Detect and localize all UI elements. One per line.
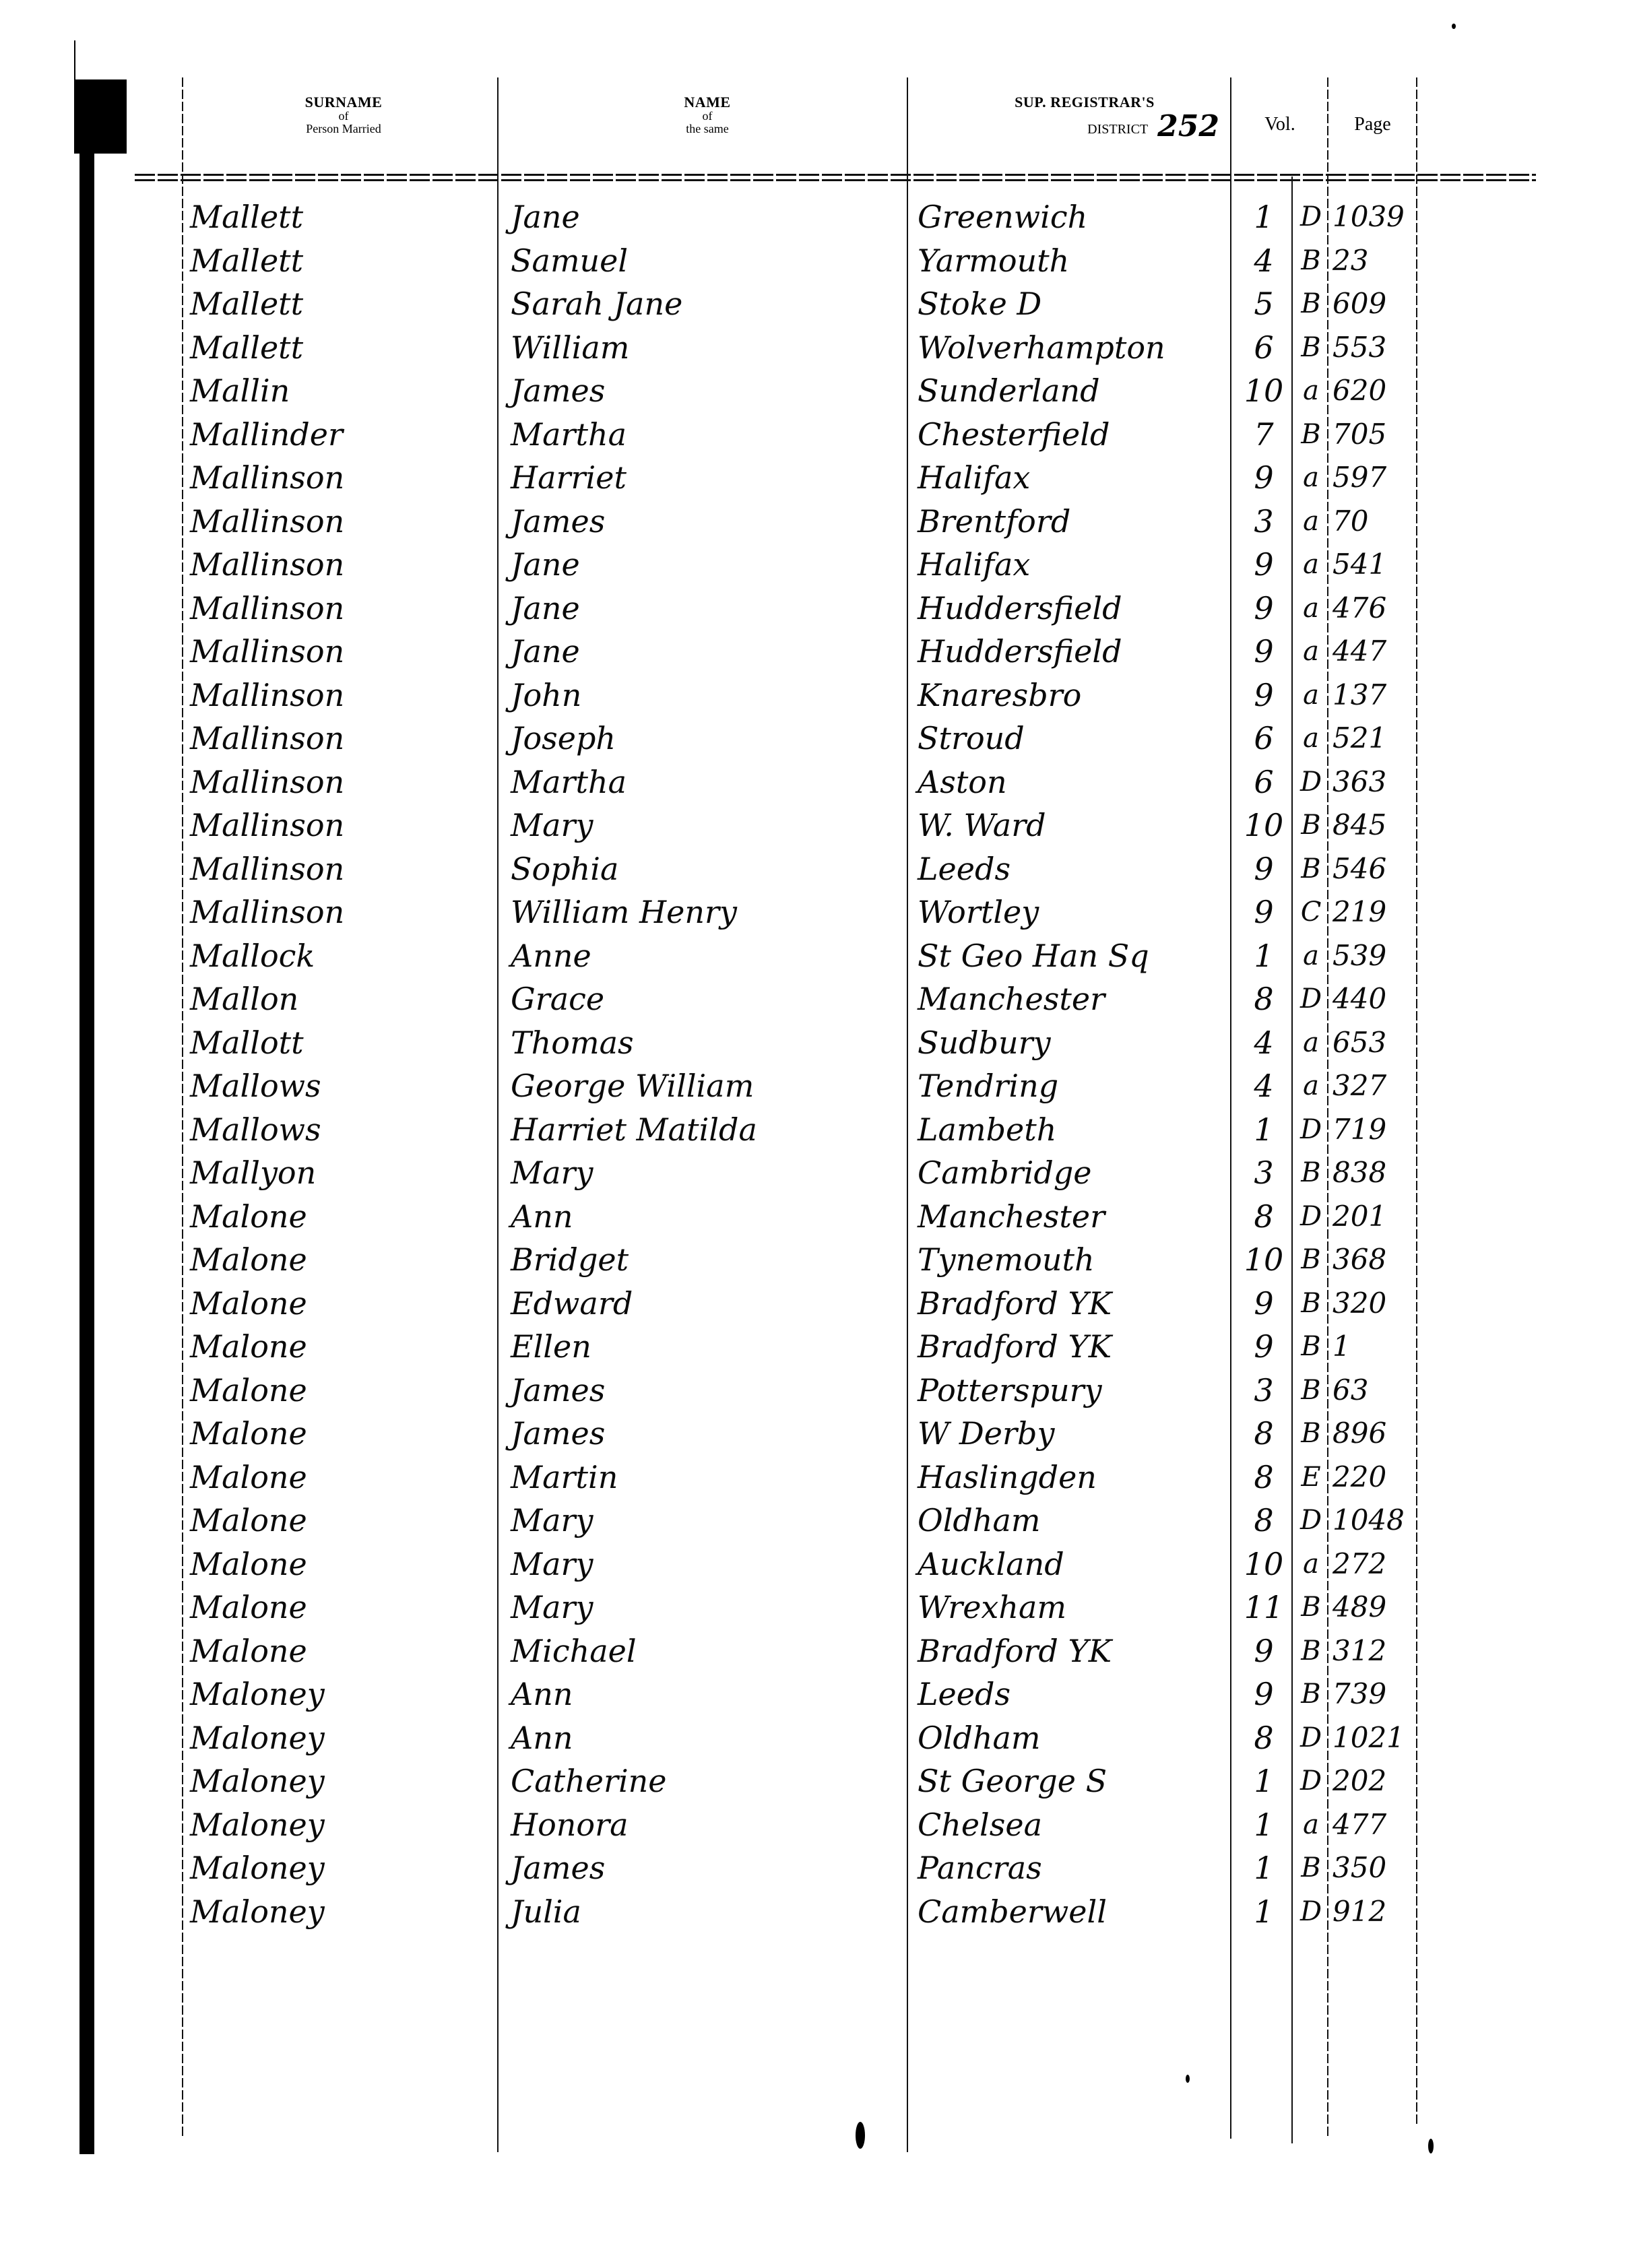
- table-row: MallinsonJamesBrentford3a70: [0, 500, 1637, 543]
- table-row: MaloneMichaelBradford YK9B312: [0, 1629, 1637, 1673]
- volume-letter-cell: B: [1293, 1673, 1328, 1716]
- volume-cell: 10: [1238, 804, 1289, 847]
- given-name-cell: Mary: [511, 1499, 593, 1542]
- page-cell: 1048: [1333, 1499, 1416, 1542]
- surname-cell: Mallows: [190, 1064, 321, 1107]
- given-name-cell: William Henry: [511, 890, 737, 934]
- given-name-cell: Sarah Jane: [511, 282, 682, 325]
- page-cell: 363: [1333, 760, 1416, 804]
- volume-cell: 8: [1238, 1412, 1289, 1455]
- given-name-cell: Martha: [511, 413, 627, 456]
- page-cell: 653: [1333, 1021, 1416, 1064]
- header-name-line1: NAME: [606, 94, 808, 110]
- given-name-cell: Julia: [511, 1890, 581, 1933]
- surname-cell: Maloney: [190, 1890, 325, 1933]
- table-row: MallinsonMarthaAston6D363: [0, 760, 1637, 804]
- district-cell: Wolverhampton: [918, 326, 1165, 369]
- district-cell: Leeds: [918, 847, 1010, 890]
- table-row: MaloneyJuliaCamberwell1D912: [0, 1890, 1637, 1933]
- district-cell: Yarmouth: [918, 239, 1069, 282]
- surname-cell: Malone: [190, 1586, 307, 1629]
- surname-cell: Mallyon: [190, 1151, 316, 1194]
- table-row: MaloneyHonoraChelsea1a477: [0, 1803, 1637, 1846]
- table-row: MallottThomasSudbury4a653: [0, 1021, 1637, 1064]
- surname-cell: Mallinson: [190, 500, 344, 543]
- volume-cell: 1: [1238, 934, 1289, 977]
- district-cell: W. Ward: [918, 804, 1046, 847]
- volume-cell: 6: [1238, 717, 1289, 760]
- volume-letter-cell: B: [1293, 239, 1328, 282]
- given-name-cell: Grace: [511, 977, 604, 1020]
- given-name-cell: Mary: [511, 1543, 593, 1586]
- header-vol-label: Vol.: [1264, 114, 1295, 135]
- page-cell: 447: [1333, 630, 1416, 673]
- given-name-cell: Jane: [511, 587, 580, 630]
- given-name-cell: Harriet: [511, 456, 627, 499]
- table-row: MaloneyAnnLeeds9B739: [0, 1673, 1637, 1716]
- given-name-cell: Catherine: [511, 1759, 667, 1803]
- volume-cell: 10: [1238, 369, 1289, 412]
- district-cell: Leeds: [918, 1673, 1010, 1716]
- surname-cell: Maloney: [190, 1803, 325, 1846]
- volume-letter-cell: a: [1293, 717, 1328, 760]
- surname-cell: Malone: [190, 1456, 307, 1499]
- surname-cell: Maloney: [190, 1846, 325, 1889]
- page-cell: 739: [1333, 1673, 1416, 1716]
- volume-letter-cell: D: [1293, 977, 1328, 1020]
- table-row: MaloneyCatherineSt George S1D202: [0, 1759, 1637, 1803]
- surname-cell: Malone: [190, 1369, 307, 1412]
- volume-letter-cell: a: [1293, 587, 1328, 630]
- district-cell: Bradford YK: [918, 1629, 1112, 1673]
- table-row: MaloneMaryWrexham11B489: [0, 1586, 1637, 1629]
- surname-cell: Maloney: [190, 1673, 325, 1716]
- table-row: MallinsonJosephStroud6a521: [0, 717, 1637, 760]
- header-district-line2: DISTRICT: [1087, 122, 1148, 137]
- page-cell: 1039: [1333, 195, 1416, 238]
- district-cell: Bradford YK: [918, 1282, 1112, 1325]
- given-name-cell: Ellen: [511, 1325, 591, 1368]
- table-row: MaloneJamesPotterspury3B63: [0, 1369, 1637, 1412]
- page-cell: 137: [1333, 674, 1416, 717]
- given-name-cell: Thomas: [511, 1021, 634, 1064]
- given-name-cell: Mary: [511, 1151, 593, 1194]
- scan-speck: [1452, 24, 1456, 29]
- header-rule-top: [135, 174, 1536, 176]
- surname-cell: Malone: [190, 1412, 307, 1455]
- surname-cell: Mallinson: [190, 804, 344, 847]
- page-cell: 368: [1333, 1238, 1416, 1281]
- page-cell: 620: [1333, 369, 1416, 412]
- page-cell: 489: [1333, 1586, 1416, 1629]
- surname-cell: Mallows: [190, 1108, 321, 1151]
- volume-cell: 9: [1238, 1325, 1289, 1368]
- surname-cell: Mallinson: [190, 587, 344, 630]
- district-cell: Huddersfield: [918, 587, 1122, 630]
- surname-cell: Malone: [190, 1282, 307, 1325]
- surname-cell: Malone: [190, 1499, 307, 1542]
- header-page: Page: [1330, 115, 1415, 134]
- surname-cell: Mallin: [190, 369, 290, 412]
- surname-cell: Malone: [190, 1325, 307, 1368]
- volume-cell: 10: [1238, 1238, 1289, 1281]
- volume-letter-cell: a: [1293, 1064, 1328, 1107]
- given-name-cell: Edward: [511, 1282, 633, 1325]
- scan-speck: [856, 2122, 865, 2149]
- district-cell: Halifax: [918, 543, 1030, 586]
- volume-letter-cell: D: [1293, 760, 1328, 804]
- volume-cell: 9: [1238, 890, 1289, 934]
- page-cell: 896: [1333, 1412, 1416, 1455]
- surname-cell: Mallinson: [190, 543, 344, 586]
- page-cell: 312: [1333, 1629, 1416, 1673]
- page-cell: 320: [1333, 1282, 1416, 1325]
- volume-cell: 9: [1238, 847, 1289, 890]
- volume-letter-cell: D: [1293, 1759, 1328, 1803]
- volume-cell: 6: [1238, 760, 1289, 804]
- table-row: MallinsonJaneHuddersfield9a476: [0, 587, 1637, 630]
- volume-letter-cell: D: [1293, 1499, 1328, 1542]
- table-row: MallowsHarriet MatildaLambeth1D719: [0, 1108, 1637, 1151]
- page-cell: 539: [1333, 934, 1416, 977]
- given-name-cell: Samuel: [511, 239, 628, 282]
- page-cell: 327: [1333, 1064, 1416, 1107]
- volume-cell: 5: [1238, 282, 1289, 325]
- table-row: MallowsGeorge WilliamTendring4a327: [0, 1064, 1637, 1107]
- volume-letter-cell: B: [1293, 413, 1328, 456]
- volume-cell: 6: [1238, 326, 1289, 369]
- scan-speck: [1186, 2075, 1190, 2083]
- table-row: MallinderMarthaChesterfield7B705: [0, 413, 1637, 456]
- volume-cell: 1: [1238, 1803, 1289, 1846]
- district-cell: Knaresbro: [918, 674, 1081, 717]
- volume-cell: 3: [1238, 1151, 1289, 1194]
- page-cell: 719: [1333, 1108, 1416, 1151]
- surname-cell: Mallett: [190, 195, 303, 238]
- district-cell: Wortley: [918, 890, 1039, 934]
- header-rule-bottom: [135, 179, 1536, 181]
- surname-cell: Mallock: [190, 934, 315, 977]
- volume-cell: 4: [1238, 239, 1289, 282]
- table-row: MallinsonJohnKnaresbro9a137: [0, 674, 1637, 717]
- volume-cell: 9: [1238, 630, 1289, 673]
- table-row: MallettJaneGreenwich1D1039: [0, 195, 1637, 238]
- page-cell: 838: [1333, 1151, 1416, 1194]
- page-cell: 1021: [1333, 1716, 1416, 1759]
- volume-letter-cell: B: [1293, 847, 1328, 890]
- district-cell: Stroud: [918, 717, 1025, 760]
- table-row: MaloneBridgetTynemouth10B368: [0, 1238, 1637, 1281]
- given-name-cell: James: [511, 1412, 605, 1455]
- page-cell: 476: [1333, 587, 1416, 630]
- volume-cell: 9: [1238, 1282, 1289, 1325]
- page-cell: 845: [1333, 804, 1416, 847]
- volume-cell: 11: [1238, 1586, 1289, 1629]
- page-cell: 63: [1333, 1369, 1416, 1412]
- page-cell: 553: [1333, 326, 1416, 369]
- page-cell: 912: [1333, 1890, 1416, 1933]
- surname-cell: Maloney: [190, 1716, 325, 1759]
- volume-letter-cell: B: [1293, 326, 1328, 369]
- district-cell: Brentford: [918, 500, 1070, 543]
- header-surname-line2: of: [229, 110, 458, 123]
- volume-cell: 1: [1238, 195, 1289, 238]
- volume-letter-cell: B: [1293, 804, 1328, 847]
- page-cell: 477: [1333, 1803, 1416, 1846]
- given-name-cell: Ann: [511, 1673, 573, 1716]
- surname-cell: Mallinson: [190, 456, 344, 499]
- district-cell: Manchester: [918, 977, 1105, 1020]
- given-name-cell: Martha: [511, 760, 627, 804]
- surname-cell: Mallinson: [190, 847, 344, 890]
- volume-letter-cell: D: [1293, 1716, 1328, 1759]
- district-cell: Wrexham: [918, 1586, 1066, 1629]
- district-cell: Haslingden: [918, 1456, 1097, 1499]
- district-cell: Pancras: [918, 1846, 1042, 1889]
- page-cell: 541: [1333, 543, 1416, 586]
- volume-cell: 1: [1238, 1846, 1289, 1889]
- table-row: MaloneyAnnOldham8D1021: [0, 1716, 1637, 1759]
- surname-cell: Mallett: [190, 239, 303, 282]
- page-cell: 23: [1333, 239, 1416, 282]
- district-cell: Chesterfield: [918, 413, 1110, 456]
- surname-cell: Mallett: [190, 326, 303, 369]
- header-surname-line3: Person Married: [229, 123, 458, 135]
- district-cell: W Derby: [918, 1412, 1054, 1455]
- volume-letter-cell: B: [1293, 282, 1328, 325]
- volume-letter-cell: B: [1293, 1282, 1328, 1325]
- volume-cell: 9: [1238, 674, 1289, 717]
- page-cell: 220: [1333, 1456, 1416, 1499]
- table-row: MallonGraceManchester8D440: [0, 977, 1637, 1020]
- volume-letter-cell: a: [1293, 500, 1328, 543]
- header-name-line2: of: [606, 110, 808, 123]
- surname-cell: Mallinson: [190, 674, 344, 717]
- volume-letter-cell: B: [1293, 1629, 1328, 1673]
- given-name-cell: Michael: [511, 1629, 637, 1673]
- given-name-cell: John: [511, 674, 581, 717]
- surname-cell: Malone: [190, 1629, 307, 1673]
- volume-cell: 3: [1238, 500, 1289, 543]
- volume-cell: 8: [1238, 977, 1289, 1020]
- page-cell: 546: [1333, 847, 1416, 890]
- volume-letter-cell: a: [1293, 1543, 1328, 1586]
- surname-cell: Mallott: [190, 1021, 304, 1064]
- volume-letter-cell: a: [1293, 543, 1328, 586]
- district-cell: Stoke D: [918, 282, 1041, 325]
- volume-letter-cell: a: [1293, 456, 1328, 499]
- page-cell: 440: [1333, 977, 1416, 1020]
- volume-cell: 9: [1238, 1629, 1289, 1673]
- given-name-cell: Honora: [511, 1803, 629, 1846]
- volume-letter-cell: E: [1293, 1456, 1328, 1499]
- district-cell: Tynemouth: [918, 1238, 1095, 1281]
- surname-cell: Malone: [190, 1543, 307, 1586]
- page-cell: 201: [1333, 1195, 1416, 1238]
- volume-letter-cell: a: [1293, 369, 1328, 412]
- given-name-cell: Bridget: [511, 1238, 629, 1281]
- header-district-line1: SUP. REGISTRAR'S: [943, 94, 1226, 110]
- volume-cell: 8: [1238, 1195, 1289, 1238]
- volume-cell: 4: [1238, 1021, 1289, 1064]
- given-name-cell: Mary: [511, 804, 593, 847]
- given-name-cell: Mary: [511, 1586, 593, 1629]
- volume-cell: 1: [1238, 1890, 1289, 1933]
- volume-letter-cell: a: [1293, 1803, 1328, 1846]
- table-row: MaloneAnnManchester8D201: [0, 1195, 1637, 1238]
- volume-letter-cell: D: [1293, 1890, 1328, 1933]
- district-cell: Aston: [918, 760, 1007, 804]
- district-cell: Potterspury: [918, 1369, 1102, 1412]
- given-name-cell: Anne: [511, 934, 591, 977]
- page-cell: 70: [1333, 500, 1416, 543]
- table-row: MaloneMartinHaslingden8E220: [0, 1456, 1637, 1499]
- table-row: MallettSarah JaneStoke D5B609: [0, 282, 1637, 325]
- table-row: MallinsonMaryW. Ward10B845: [0, 804, 1637, 847]
- page-cell: 521: [1333, 717, 1416, 760]
- surname-cell: Malone: [190, 1238, 307, 1281]
- table-row: MallyonMaryCambridge3B838: [0, 1151, 1637, 1194]
- page-cell: 272: [1333, 1543, 1416, 1586]
- given-name-cell: James: [511, 500, 605, 543]
- volume-letter-cell: B: [1293, 1238, 1328, 1281]
- volume-cell: 9: [1238, 543, 1289, 586]
- scan-speck: [1428, 2139, 1434, 2153]
- given-name-cell: Sophia: [511, 847, 618, 890]
- district-cell: St George S: [918, 1759, 1107, 1803]
- table-row: MallinsonJaneHalifax9a541: [0, 543, 1637, 586]
- district-cell: Greenwich: [918, 195, 1087, 238]
- header-surname: SURNAME of Person Married: [229, 94, 458, 135]
- volume-cell: 8: [1238, 1499, 1289, 1542]
- given-name-cell: William: [511, 326, 629, 369]
- page-cell: 609: [1333, 282, 1416, 325]
- volume-letter-cell: B: [1293, 1325, 1328, 1368]
- page-cell: 219: [1333, 890, 1416, 934]
- district-cell: Halifax: [918, 456, 1030, 499]
- table-row: MallinJamesSunderland10a620: [0, 369, 1637, 412]
- volume-cell: 9: [1238, 1673, 1289, 1716]
- given-name-cell: Ann: [511, 1195, 573, 1238]
- table-row: MallinsonWilliam HenryWortley9C219: [0, 890, 1637, 934]
- given-name-cell: Harriet Matilda: [511, 1108, 757, 1151]
- surname-cell: Mallon: [190, 977, 298, 1020]
- header-name: NAME of the same: [606, 94, 808, 135]
- district-cell: Chelsea: [918, 1803, 1042, 1846]
- given-name-cell: Jane: [511, 630, 580, 673]
- district-number: 252: [1157, 109, 1219, 143]
- table-row: MaloneEllenBradford YK9B1: [0, 1325, 1637, 1368]
- surname-cell: Mallinder: [190, 413, 343, 456]
- district-cell: Manchester: [918, 1195, 1105, 1238]
- volume-cell: 10: [1238, 1543, 1289, 1586]
- volume-letter-cell: a: [1293, 674, 1328, 717]
- district-cell: Huddersfield: [918, 630, 1122, 673]
- header-surname-line1: SURNAME: [229, 94, 458, 110]
- volume-letter-cell: B: [1293, 1151, 1328, 1194]
- page-cell: 202: [1333, 1759, 1416, 1803]
- district-cell: Bradford YK: [918, 1325, 1112, 1368]
- table-row: MaloneMaryAuckland10a272: [0, 1543, 1637, 1586]
- district-cell: Tendring: [918, 1064, 1058, 1107]
- district-cell: Oldham: [918, 1716, 1041, 1759]
- table-row: MallettWilliamWolverhampton6B553: [0, 326, 1637, 369]
- header-district: SUP. REGISTRAR'S DISTRICT 252: [943, 94, 1226, 142]
- volume-letter-cell: B: [1293, 1369, 1328, 1412]
- district-cell: Camberwell: [918, 1890, 1107, 1933]
- given-name-cell: Martin: [511, 1456, 618, 1499]
- surname-cell: Maloney: [190, 1759, 325, 1803]
- given-name-cell: Jane: [511, 543, 580, 586]
- volume-letter-cell: B: [1293, 1412, 1328, 1455]
- volume-cell: 9: [1238, 587, 1289, 630]
- surname-cell: Mallinson: [190, 890, 344, 934]
- table-row: MaloneEdwardBradford YK9B320: [0, 1282, 1637, 1325]
- table-row: MallinsonJaneHuddersfield9a447: [0, 630, 1637, 673]
- volume-letter-cell: D: [1293, 1108, 1328, 1151]
- surname-cell: Malone: [190, 1195, 307, 1238]
- page-cell: 597: [1333, 456, 1416, 499]
- district-cell: Sunderland: [918, 369, 1100, 412]
- page-cell: 1: [1333, 1325, 1416, 1368]
- volume-letter-cell: D: [1293, 1195, 1328, 1238]
- district-cell: Auckland: [918, 1543, 1064, 1586]
- surname-cell: Mallett: [190, 282, 303, 325]
- table-row: MallinsonHarrietHalifax9a597: [0, 456, 1637, 499]
- page-cell: 350: [1333, 1846, 1416, 1889]
- volume-letter-cell: a: [1293, 934, 1328, 977]
- surname-cell: Mallinson: [190, 760, 344, 804]
- volume-letter-cell: a: [1293, 630, 1328, 673]
- surname-cell: Mallinson: [190, 630, 344, 673]
- volume-cell: 7: [1238, 413, 1289, 456]
- volume-cell: 8: [1238, 1716, 1289, 1759]
- page-cell: 705: [1333, 413, 1416, 456]
- district-cell: Cambridge: [918, 1151, 1092, 1194]
- volume-cell: 3: [1238, 1369, 1289, 1412]
- table-row: MaloneyJamesPancras1B350: [0, 1846, 1637, 1889]
- volume-letter-cell: B: [1293, 1846, 1328, 1889]
- table-row: MaloneJamesW Derby8B896: [0, 1412, 1637, 1455]
- volume-letter-cell: C: [1293, 890, 1328, 934]
- header-page-label: Page: [1354, 114, 1390, 135]
- given-name-cell: Jane: [511, 195, 580, 238]
- volume-cell: 9: [1238, 456, 1289, 499]
- volume-cell: 1: [1238, 1759, 1289, 1803]
- table-row: MallettSamuelYarmouth4B23: [0, 239, 1637, 282]
- volume-letter-cell: D: [1293, 195, 1328, 238]
- register-page: SURNAME of Person Married NAME of the sa…: [0, 0, 1637, 2268]
- given-name-cell: Joseph: [511, 717, 616, 760]
- volume-cell: 1: [1238, 1108, 1289, 1151]
- header-name-line3: the same: [606, 123, 808, 135]
- volume-letter-cell: B: [1293, 1586, 1328, 1629]
- surname-cell: Mallinson: [190, 717, 344, 760]
- district-cell: St Geo Han Sq: [918, 934, 1149, 977]
- district-cell: Sudbury: [918, 1021, 1051, 1064]
- table-row: MaloneMaryOldham8D1048: [0, 1499, 1637, 1542]
- volume-cell: 4: [1238, 1064, 1289, 1107]
- table-row: MallinsonSophiaLeeds9B546: [0, 847, 1637, 890]
- header-vol: Vol.: [1233, 115, 1327, 134]
- district-cell: Lambeth: [918, 1108, 1056, 1151]
- given-name-cell: George William: [511, 1064, 754, 1107]
- given-name-cell: Ann: [511, 1716, 573, 1759]
- table-row: MallockAnneSt Geo Han Sq1a539: [0, 934, 1637, 977]
- given-name-cell: James: [511, 1846, 605, 1889]
- volume-cell: 8: [1238, 1456, 1289, 1499]
- volume-letter-cell: a: [1293, 1021, 1328, 1064]
